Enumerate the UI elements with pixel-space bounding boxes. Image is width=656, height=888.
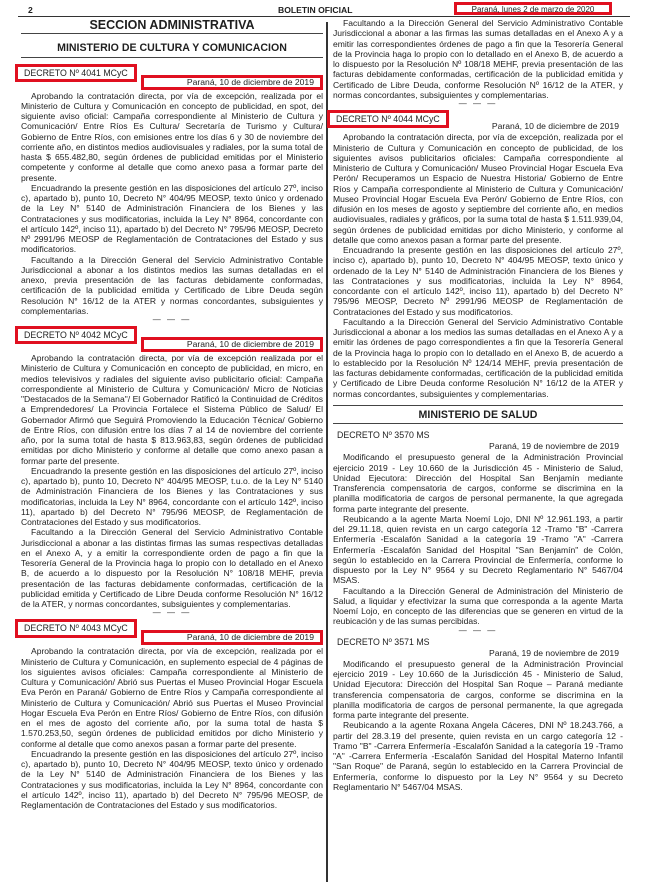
decree-3571: DECRETO Nº 3571 MS Paraná, 19 de noviemb… xyxy=(333,637,623,793)
left-column: SECCION ADMINISTRATIVA MINISTERIO DE CUL… xyxy=(21,18,323,810)
page-header: 2 BOLETIN OFICIAL Paraná, lunes 2 de mar… xyxy=(18,2,630,17)
decree-paragraph: Aprobando la contratación directa, por v… xyxy=(21,353,323,466)
continued-paragraph: Facultando a la Dirección General del Se… xyxy=(333,18,623,100)
decree-paragraph: Aprobando la contratación directa, por v… xyxy=(21,91,323,183)
decree-3570: DECRETO Nº 3570 MS Paraná, 19 de noviemb… xyxy=(333,430,623,635)
decree-paragraph: Modificando el presupuesto general de la… xyxy=(333,452,623,514)
decree-4042: DECRETO Nº 4042 MCyC Paraná, 10 de dicie… xyxy=(21,326,323,617)
decree-number: DECRETO Nº 3570 MS xyxy=(333,430,434,440)
page-number: 2 xyxy=(28,5,33,15)
decree-paragraph: Encuadrando la presente gestión en las d… xyxy=(21,466,323,528)
decree-number-highlighted: DECRETO Nº 4044 MCyC xyxy=(327,110,449,128)
decree-paragraph: Reubicando a la agente Roxana Angela Các… xyxy=(333,720,623,792)
decree-paragraph: Encuadrando la presente gestión en las d… xyxy=(21,183,323,255)
right-column: Facultando a la Dirección General del Se… xyxy=(333,18,623,792)
decree-date: Paraná, 19 de noviembre de 2019 xyxy=(333,441,623,451)
decree-date-highlighted: Paraná, 10 de diciembre de 2019 xyxy=(141,75,323,90)
publication-name: BOLETIN OFICIAL xyxy=(278,5,352,15)
decree-number: DECRETO Nº 3571 MS xyxy=(333,637,434,647)
separator: — — — xyxy=(21,609,323,617)
decree-number-highlighted: DECRETO Nº 4043 MCyC xyxy=(15,619,137,637)
decree-paragraph: Facultando a la Dirección General del Se… xyxy=(21,255,323,317)
issue-date-highlighted: Paraná, lunes 2 de marzo de 2020 xyxy=(454,2,612,15)
ministry-title-health: MINISTERIO DE SALUD xyxy=(333,405,623,424)
decree-paragraph: Reubicando a la agente Marta Noemí Lojo,… xyxy=(333,514,623,586)
decree-paragraph: Encuadrando la presente gestión en las d… xyxy=(333,245,623,317)
decree-date-highlighted: Paraná, 10 de diciembre de 2019 xyxy=(141,337,323,352)
ministry-title-culture: MINISTERIO DE CULTURA Y COMUNICACION xyxy=(21,39,323,57)
decree-number-highlighted: DECRETO Nº 4041 MCyC xyxy=(15,64,137,82)
separator: — — — xyxy=(21,316,323,324)
section-title: SECCION ADMINISTRATIVA xyxy=(21,18,323,34)
decree-date: Paraná, 19 de noviembre de 2019 xyxy=(333,648,623,658)
decree-paragraph: Facultando a la Dirección General de Adm… xyxy=(333,586,623,627)
decree-4043: DECRETO Nº 4043 MCyC Paraná, 10 de dicie… xyxy=(21,619,323,810)
decree-date-highlighted: Paraná, 10 de diciembre de 2019 xyxy=(141,630,323,645)
decree-paragraph: Encuadrando la presente gestión en las d… xyxy=(21,749,323,811)
decree-paragraph: Facultando a la Dirección General del Se… xyxy=(21,527,323,609)
separator: — — — xyxy=(333,100,623,108)
decree-4041: DECRETO Nº 4041 MCyC Paraná, 10 de dicie… xyxy=(21,64,323,325)
decree-paragraph: Facultando a la Dirección General del Se… xyxy=(333,317,623,399)
decree-paragraph: Aprobando la contratación directa, por v… xyxy=(21,646,323,749)
decree-number-highlighted: DECRETO Nº 4042 MCyC xyxy=(15,326,137,344)
column-divider xyxy=(326,22,328,882)
decree-paragraph: Modificando el presupuesto general de la… xyxy=(333,659,623,721)
decree-4044: DECRETO Nº 4044 MCyC Paraná, 10 de dicie… xyxy=(333,110,623,399)
decree-paragraph: Aprobando la contratación directa, por v… xyxy=(333,132,623,245)
separator: — — — xyxy=(333,627,623,635)
